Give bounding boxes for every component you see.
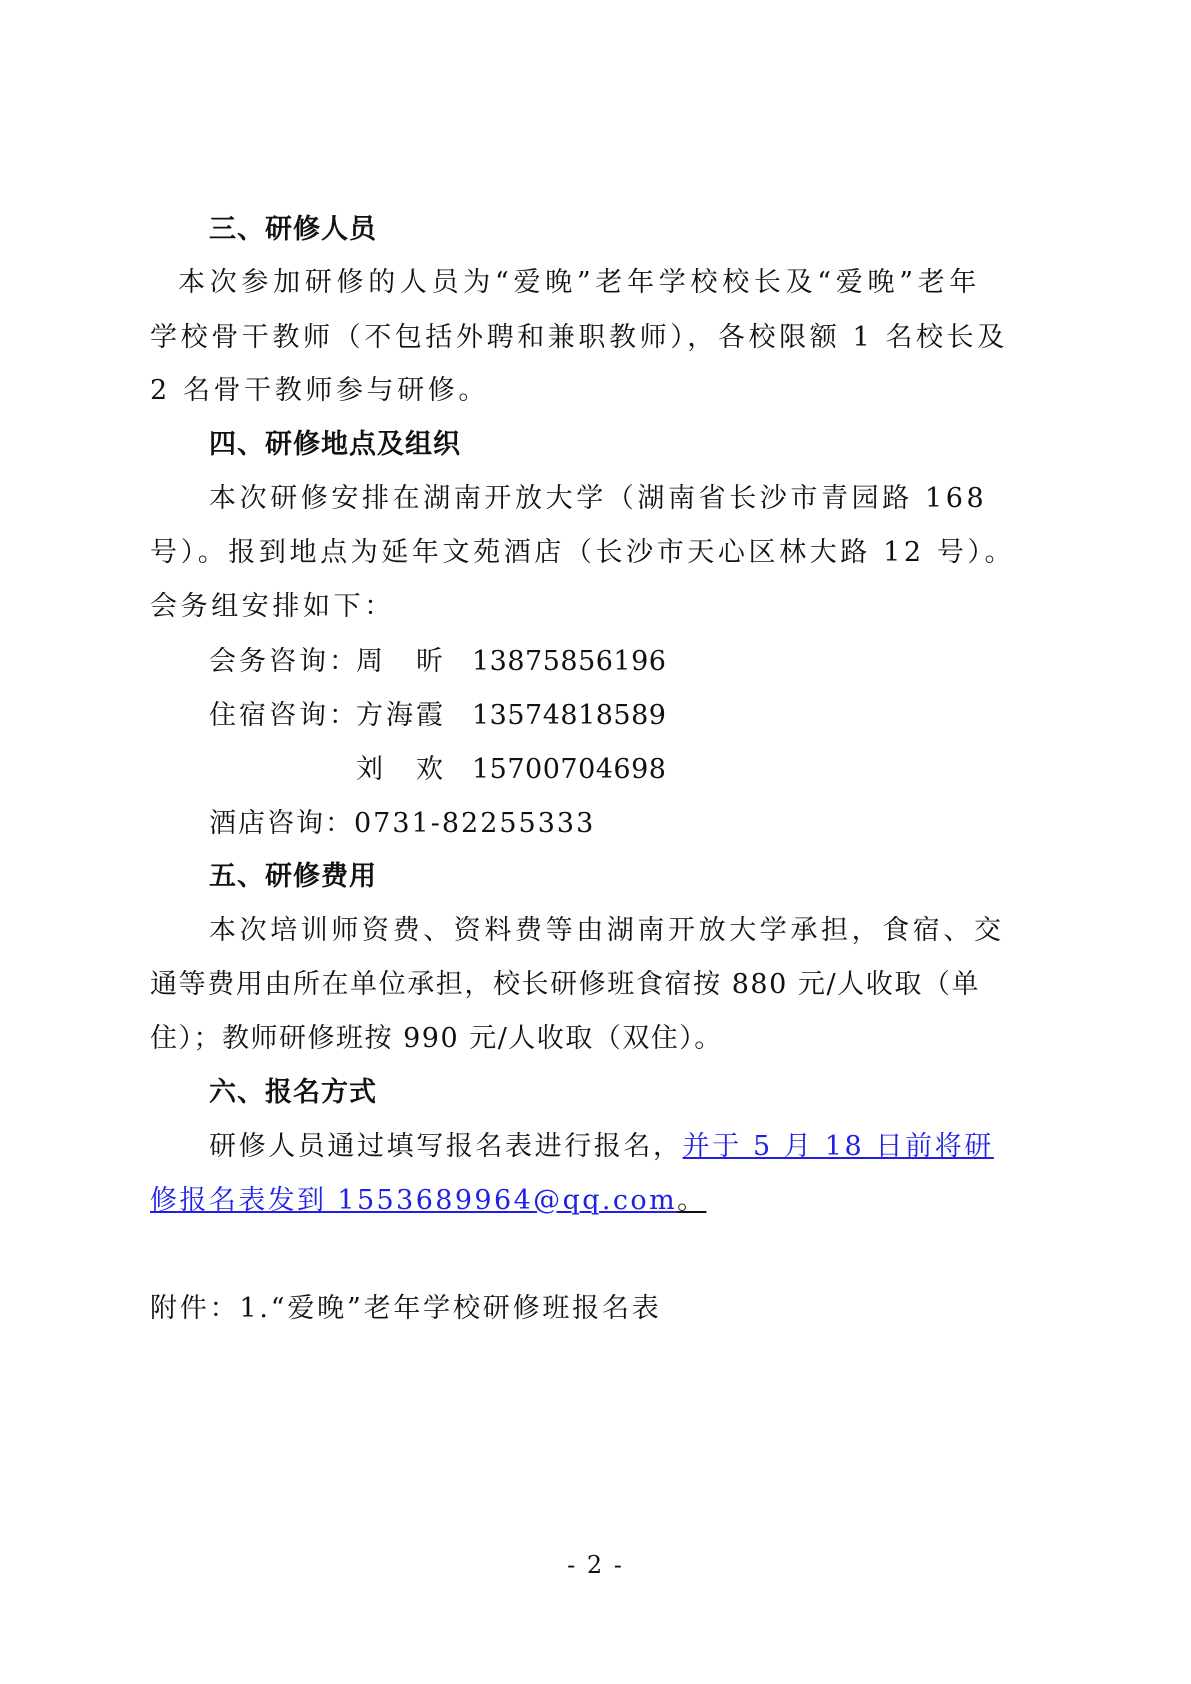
paragraph-line: 本次研修安排在湖南开放大学（湖南省长沙市青园路 168 <box>209 481 980 517</box>
section-heading-location: 四、研修地点及组织 <box>209 427 461 463</box>
document-page: 三、研修人员 本次参加研修的人员为“爱晚”老年学校校长及“爱晚”老年 学校骨干教… <box>0 0 1191 1684</box>
contact-label: 会务咨询： <box>209 644 356 680</box>
contact-phone: 13574818589 <box>472 698 666 734</box>
paragraph-line: 号）。报到地点为延年文苑酒店（长沙市天心区林大路 12 号）。 <box>150 535 980 571</box>
section-heading-fees: 五、研修费用 <box>209 859 377 895</box>
contact-label <box>209 752 356 788</box>
paragraph-line: 学校骨干教师（不包括外聘和兼职教师），各校限额 1 名校长及 <box>150 320 980 356</box>
registration-period: 。 <box>677 1185 724 1216</box>
section-heading-personnel: 三、研修人员 <box>209 212 377 248</box>
section-heading-registration: 六、报名方式 <box>209 1075 377 1111</box>
paragraph-line: 住）；教师研修班按 990 元/人收取（双住）。 <box>150 1021 980 1057</box>
contact-phone: 13875856196 <box>472 644 666 680</box>
paragraph-line: 2 名骨干教师参与研修。 <box>150 373 980 409</box>
paragraph-line: 本次培训师资费、资料费等由湖南开放大学承担，食宿、交 <box>209 913 980 949</box>
contact-row-lodging: 住宿咨询： 方海霞 13574818589 <box>209 698 666 734</box>
contact-name: 刘 欢 <box>356 752 472 788</box>
contact-name: 周 昕 <box>356 644 472 680</box>
contact-phone: 15700704698 <box>472 752 666 788</box>
registration-line-1: 研修人员通过填写报名表进行报名，并于 5 月 18 日前将研 <box>209 1129 980 1165</box>
registration-email-link[interactable]: 修报名表发到 1553689964@qq.com <box>150 1185 677 1216</box>
registration-line-2: 修报名表发到 1553689964@qq.com。 <box>150 1183 980 1219</box>
contact-row-conference: 会务咨询： 周 昕 13875856196 <box>209 644 666 680</box>
hotel-contact: 酒店咨询：0731-82255333 <box>209 806 980 842</box>
paragraph-line: 通等费用由所在单位承担，校长研修班食宿按 880 元/人收取（单 <box>150 967 980 1003</box>
paragraph-line: 会务组安排如下： <box>150 589 980 625</box>
page-number: - 2 - <box>0 1550 1191 1580</box>
registration-link[interactable]: 并于 5 月 18 日前将研 <box>683 1131 994 1162</box>
registration-text: 研修人员通过填写报名表进行报名， <box>209 1131 683 1162</box>
contact-name: 方海霞 <box>356 698 472 734</box>
contact-label: 住宿咨询： <box>209 698 356 734</box>
paragraph-line: 本次参加研修的人员为“爱晚”老年学校校长及“爱晚”老年 <box>178 265 980 301</box>
attachment-note: 附件：1.“爱晚”老年学校研修班报名表 <box>150 1291 980 1327</box>
contact-row-lodging-2: 刘 欢 15700704698 <box>209 752 666 788</box>
